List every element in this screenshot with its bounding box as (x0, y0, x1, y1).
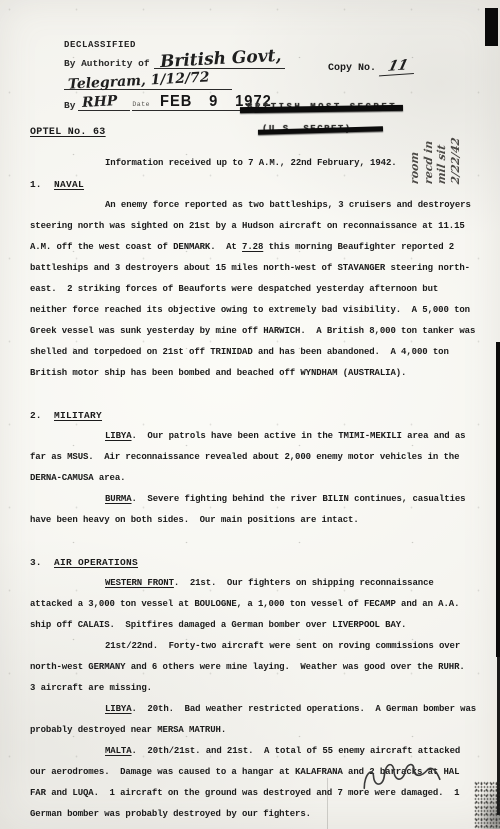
scan-artifact-corner-bar (485, 8, 498, 46)
section-number: 1. (30, 174, 54, 195)
document-section: 1.NAVALAn enemy force reported as two ba… (30, 174, 477, 384)
paragraph: BURMA. Severe fighting behind the river … (30, 489, 477, 531)
telegram-field: Telegram, 1/12/72 (64, 73, 232, 90)
document-title: OPTEL No. 63 (30, 122, 477, 143)
scan-artifact-edge-line (496, 342, 500, 657)
section-number: 2. (30, 405, 54, 426)
by-field: RHP (78, 94, 130, 111)
by-label: By (64, 100, 75, 111)
authority-handwriting: British Govt, (153, 48, 285, 72)
paragraph: WESTERN FRONT. 21st. Our fighters on shi… (30, 573, 477, 636)
paragraph: LIBYA. 20th. Bad weather restricted oper… (30, 699, 477, 741)
copy-number-label: Copy No. (328, 63, 376, 74)
section-heading: 3.AIR OPERATIONS (30, 552, 477, 573)
section-title: MILITARY (54, 410, 102, 421)
classification-line-struck: BRITISH MOST SECRET (247, 102, 397, 112)
section-number: 3. (30, 552, 54, 573)
telegram-handwriting: Telegram, 1/12/72 (64, 70, 216, 93)
section-title: NAVAL (54, 179, 84, 190)
section-title: AIR OPERATIONS (54, 557, 138, 568)
sections: 1.NAVALAn enemy force reported as two ba… (30, 174, 477, 825)
authority-field: British Govt, (154, 51, 285, 69)
scanned-document-page: DECLASSIFIED By Authority of British Gov… (0, 0, 500, 829)
document-body: OPTEL No. 63 Information received up to … (30, 122, 477, 825)
authority-label: By Authority of (64, 58, 150, 69)
paragraph: An enemy force reported as two battleshi… (30, 195, 477, 384)
by-handwriting: RHP (78, 94, 124, 111)
section-heading: 1.NAVAL (30, 174, 477, 195)
copy-number: Copy No.11 (328, 58, 417, 75)
date-label: Date (132, 101, 150, 108)
scan-artifact-speckle (474, 781, 500, 829)
paragraph: 21st/22nd. Forty-two aircraft were sent … (30, 636, 477, 699)
section-heading: 2.MILITARY (30, 405, 477, 426)
info-line: Information received up to 7 A.M., 22nd … (30, 153, 477, 174)
document-section: 2.MILITARYLIBYA. Our patrols have been a… (30, 405, 477, 531)
paragraph: LIBYA. Our patrols have been active in t… (30, 426, 477, 489)
